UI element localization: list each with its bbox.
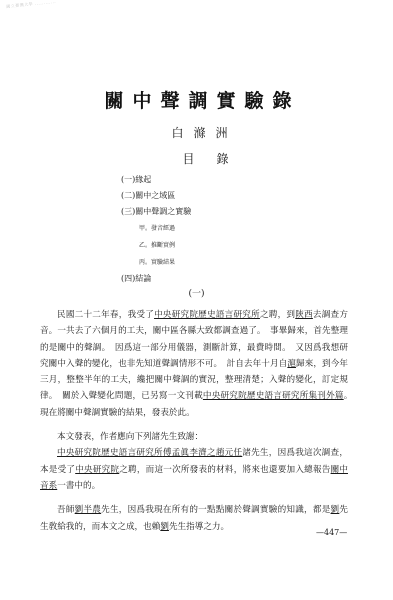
- paragraph-gap: [40, 421, 348, 429]
- paragraph-gap: [40, 494, 348, 502]
- toc-subitem-examples: 乙。推斷實例: [121, 237, 321, 254]
- text-span: 民國二十二年春，我受了: [57, 310, 154, 320]
- paragraph-intro: 民國二十二年春，我受了中央研究院歷史語言研究所之聘，到陝西去調查方音。一共去了六…: [40, 307, 348, 421]
- text-span: 先生指導之力。: [169, 522, 229, 532]
- proper-noun: 中央研究院歷史語言研究所: [154, 310, 260, 320]
- toc-heading: 目錄: [0, 150, 393, 167]
- proper-noun: 李濟之: [189, 448, 215, 458]
- text-span: 之聘，到: [260, 310, 295, 320]
- page-number: —447—: [316, 528, 347, 537]
- paragraph-thanks-institute: 中央研究院歷史語言研究所傅孟眞李濟之趙元任諸先生，因爲我這次調查，本是受了中央研…: [40, 445, 348, 494]
- proper-noun: 趙元任: [216, 448, 242, 458]
- proper-noun: 中央研究院歷史語言研究所: [57, 448, 163, 458]
- proper-noun: 中央研究院: [75, 465, 119, 475]
- toc-subitem-results: 丙。實驗結果: [121, 254, 321, 271]
- text-span: 先生，因爲我現在所有的一點點關於聲調實驗的知識，都是: [101, 505, 330, 515]
- article-author: 白滌洲: [0, 124, 393, 141]
- proper-noun: 陝西: [295, 310, 313, 320]
- proper-noun: 中央研究院歷史語言研究所集刊外篇: [203, 391, 344, 401]
- proper-noun: 傅孟眞: [163, 448, 189, 458]
- text-span: 一書中的。: [57, 481, 100, 491]
- table-of-contents: (一)緣起 (二)關中之域區 (三)關中聲調之實驗 甲。發音經過 乙。推斷實例 …: [121, 172, 321, 287]
- paragraph-thanks-teacher: 吾師劉半農先生，因爲我現在所有的一點點關於聲調實驗的知識，都是劉先生敎給我的，而…: [40, 502, 348, 535]
- scan-watermark: 國立臺灣大學 ............: [6, 0, 56, 10]
- text-span: 之聘，而這一次所發表的材料，將來也還要加入總報告: [119, 465, 330, 475]
- toc-item-origin: (一)緣起: [121, 172, 321, 188]
- proper-noun: 劉: [160, 522, 169, 532]
- toc-item-experiment: (三)關中聲調之實驗: [121, 204, 321, 220]
- paragraph-acknowledgement: 本文發表，作者應向下列諸先生致謝：: [40, 429, 348, 445]
- proper-noun: 劉半農: [75, 505, 101, 515]
- article-title: 關中聲調實驗錄: [0, 86, 393, 113]
- toc-item-region: (二)關中之域區: [121, 188, 321, 204]
- text-span: 吾師: [57, 505, 75, 515]
- toc-item-conclusion: (四)結論: [121, 271, 321, 287]
- section-heading: (一): [0, 286, 393, 299]
- proper-noun: 滬: [287, 359, 296, 369]
- article-body: 民國二十二年春，我受了中央研究院歷史語言研究所之聘，到陝西去調查方音。一共去了六…: [40, 307, 348, 535]
- toc-subitem-pronunciation: 甲。發音經過: [121, 220, 321, 237]
